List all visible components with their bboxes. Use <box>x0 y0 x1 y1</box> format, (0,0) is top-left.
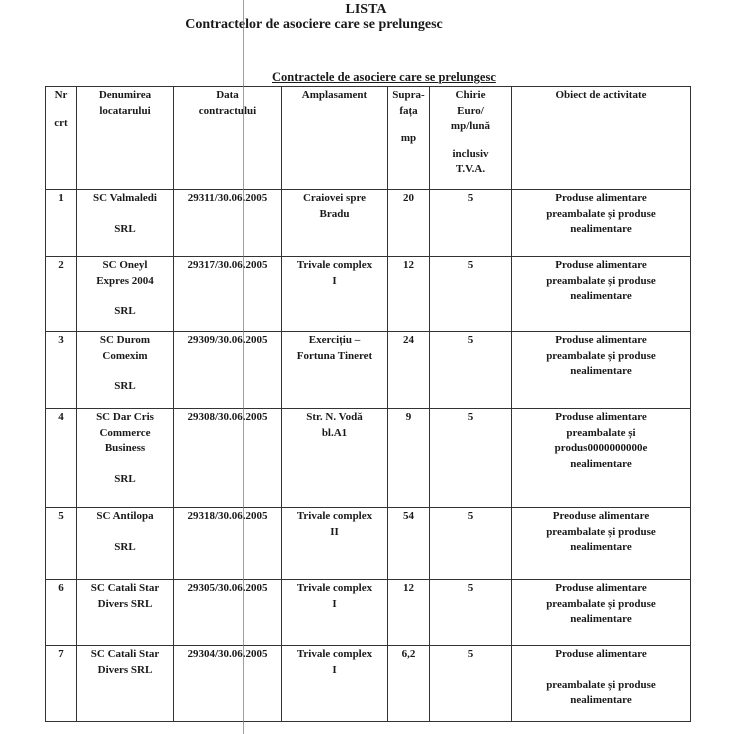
cell-obiect-line: preambalate și produse <box>514 678 688 694</box>
cell-amplasament-line: Craiovei spre <box>284 191 385 207</box>
column-header-chirie: ChirieEuro/mp/lună inclusivT.V.A. <box>430 87 512 190</box>
cell-obiect-line: nealimentare <box>514 540 688 556</box>
cell-suprafata: 12 <box>388 257 430 332</box>
column-header-obiect: Obiect de activitate <box>512 87 691 190</box>
cell-amplasament: Trivale complexI <box>282 646 388 722</box>
cell-denumire-line: Expres 2004 <box>79 274 171 290</box>
cell-amplasament: Craiovei spreBradu <box>282 190 388 257</box>
cell-obiect-line: produs0000000000e <box>514 441 688 457</box>
cell-denumire: SC Dar CrisCommerceBusiness SRL <box>77 409 174 508</box>
cell-obiect-line: Produse alimentare <box>514 333 688 349</box>
cell-denumire-line: SC Antilopa <box>79 509 171 525</box>
header-line: T.V.A. <box>432 162 509 178</box>
cell-denumire-line: SRL <box>79 379 171 395</box>
header-line: inclusiv <box>432 147 509 163</box>
header-line <box>390 119 427 131</box>
cell-denumire-line: Business <box>79 441 171 457</box>
cell-obiect: Produse alimentarepreambalate și produse… <box>512 580 691 646</box>
cell-obiect-line: Preoduse alimentare <box>514 509 688 525</box>
cell-amplasament: Exercițiu –Fortuna Tineret <box>282 332 388 409</box>
cell-data: 29309/30.06.2005 <box>174 332 282 409</box>
cell-amplasament-line: bl.A1 <box>284 426 385 442</box>
cell-obiect: Preoduse alimentarepreambalate și produs… <box>512 508 691 580</box>
cell-obiect-line: preambalate și produse <box>514 274 688 290</box>
column-header-suprafata: Supra-fața mp <box>388 87 430 190</box>
cell-chirie: 5 <box>430 332 512 409</box>
table-header-row: Nr crt Denumirealocatarului Datacontract… <box>46 87 691 190</box>
column-header-amplasament: Amplasament <box>282 87 388 190</box>
cell-amplasament: Trivale complexI <box>282 257 388 332</box>
cell-denumire-line: SC Durom <box>79 333 171 349</box>
cell-denumire-line: SC Dar Cris <box>79 410 171 426</box>
cell-suprafata: 20 <box>388 190 430 257</box>
cell-obiect-line: nealimentare <box>514 612 688 628</box>
cell-amplasament-line: Trivale complex <box>284 647 385 663</box>
cell-denumire-line: SC Catali Star <box>79 647 171 663</box>
header-line: mp/lună <box>432 119 509 135</box>
cell-obiect: Produse alimentarepreambalate șiprodus00… <box>512 409 691 508</box>
cell-chirie: 5 <box>430 580 512 646</box>
cell-obiect-line: preambalate și produse <box>514 525 688 541</box>
cell-nr: 3 <box>46 332 77 409</box>
header-line: crt <box>48 116 74 132</box>
header-line: Denumirea <box>79 88 171 104</box>
cell-denumire-line <box>79 525 171 540</box>
document-title: LISTA <box>0 2 732 18</box>
header-line: Amplasament <box>284 88 385 104</box>
table-row: 1SC Valmaledi SRL29311/30.06.2005Craiove… <box>46 190 691 257</box>
cell-nr: 5 <box>46 508 77 580</box>
cell-chirie: 5 <box>430 190 512 257</box>
cell-obiect-line: nealimentare <box>514 693 688 709</box>
header-line: Chirie <box>432 88 509 104</box>
cell-amplasament-line: Fortuna Tineret <box>284 349 385 365</box>
cell-obiect: Produse alimentarepreambalate și produse… <box>512 190 691 257</box>
cell-denumire-line: SC Oneyl <box>79 258 171 274</box>
cell-denumire-line: Commerce <box>79 426 171 442</box>
cell-denumire-line: SRL <box>79 222 171 238</box>
header-line: Obiect de activitate <box>514 88 688 104</box>
cell-chirie: 5 <box>430 646 512 722</box>
cell-chirie: 5 <box>430 257 512 332</box>
cell-obiect-line: nealimentare <box>514 289 688 305</box>
cell-data: 29305/30.06.2005 <box>174 580 282 646</box>
cell-amplasament-line: Trivale complex <box>284 581 385 597</box>
cell-amplasament-line: Trivale complex <box>284 258 385 274</box>
header-line <box>48 104 74 116</box>
table-row: 7SC Catali StarDivers SRL29304/30.06.200… <box>46 646 691 722</box>
cell-obiect-line: preambalate și produse <box>514 349 688 365</box>
cell-denumire: SC Catali StarDivers SRL <box>77 646 174 722</box>
cell-denumire-line: Comexim <box>79 349 171 365</box>
cell-obiect-line: Produse alimentare <box>514 647 688 663</box>
cell-chirie: 5 <box>430 508 512 580</box>
cell-obiect-line: Produse alimentare <box>514 191 688 207</box>
table-caption: Contractele de asociere care se prelunge… <box>272 70 496 85</box>
cell-denumire-line: Divers SRL <box>79 663 171 679</box>
cell-nr: 4 <box>46 409 77 508</box>
cell-obiect: Produse alimentare preambalate și produs… <box>512 646 691 722</box>
cell-suprafata: 54 <box>388 508 430 580</box>
header-line <box>432 135 509 147</box>
document-subtitle: Contractelor de asociere care se prelung… <box>0 17 732 33</box>
cell-obiect-line <box>514 663 688 678</box>
document-subtitle-text: Contractelor de asociere care se prelung… <box>185 17 443 32</box>
table-body: 1SC Valmaledi SRL29311/30.06.2005Craiove… <box>46 190 691 722</box>
cell-suprafata: 9 <box>388 409 430 508</box>
cell-denumire-line: SRL <box>79 304 171 320</box>
cell-amplasament-line: I <box>284 663 385 679</box>
cell-obiect-line: Produse alimentare <box>514 410 688 426</box>
header-line: contractului <box>176 104 279 120</box>
header-line: Euro/ <box>432 104 509 120</box>
cell-obiect-line: nealimentare <box>514 222 688 238</box>
cell-denumire-line <box>79 207 171 222</box>
cell-amplasament: Trivale complexII <box>282 508 388 580</box>
cell-amplasament: Trivale complexI <box>282 580 388 646</box>
cell-denumire-line: SRL <box>79 540 171 556</box>
cell-obiect-line: preambalate și produse <box>514 207 688 223</box>
header-line: Supra- <box>390 88 427 104</box>
cell-amplasament-line: Exercițiu – <box>284 333 385 349</box>
cell-obiect-line: Produse alimentare <box>514 581 688 597</box>
cell-amplasament-line: I <box>284 274 385 290</box>
cell-suprafata: 12 <box>388 580 430 646</box>
cell-data: 29318/30.06.2005 <box>174 508 282 580</box>
cell-nr: 7 <box>46 646 77 722</box>
cell-obiect: Produse alimentarepreambalate și produse… <box>512 332 691 409</box>
table-row: 5SC Antilopa SRL29318/30.06.2005Trivale … <box>46 508 691 580</box>
cell-suprafata: 24 <box>388 332 430 409</box>
cell-amplasament-line: II <box>284 525 385 541</box>
header-line: fața <box>390 104 427 120</box>
cell-amplasament-line: I <box>284 597 385 613</box>
cell-denumire-line <box>79 457 171 472</box>
cell-obiect-line: preambalate și <box>514 426 688 442</box>
cell-denumire-line: SC Valmaledi <box>79 191 171 207</box>
cell-nr: 1 <box>46 190 77 257</box>
header-line: Data <box>176 88 279 104</box>
cell-denumire-line: SRL <box>79 472 171 488</box>
cell-obiect-line: nealimentare <box>514 457 688 473</box>
column-header-data: Datacontractului <box>174 87 282 190</box>
cell-nr: 6 <box>46 580 77 646</box>
cell-data: 29304/30.06.2005 <box>174 646 282 722</box>
table-row: 2SC OneylExpres 2004 SRL29317/30.06.2005… <box>46 257 691 332</box>
table-row: 4SC Dar CrisCommerceBusiness SRL29308/30… <box>46 409 691 508</box>
cell-obiect: Produse alimentarepreambalate și produse… <box>512 257 691 332</box>
cell-amplasament-line: Str. N. Vodă <box>284 410 385 426</box>
cell-denumire-line: SC Catali Star <box>79 581 171 597</box>
column-header-nr: Nr crt <box>46 87 77 190</box>
cell-denumire: SC OneylExpres 2004 SRL <box>77 257 174 332</box>
cell-denumire: SC Valmaledi SRL <box>77 190 174 257</box>
cell-amplasament-line: Bradu <box>284 207 385 223</box>
contracts-table: Nr crt Denumirealocatarului Datacontract… <box>45 86 691 722</box>
header-line: mp <box>390 131 427 147</box>
table-row: 6SC Catali StarDivers SRL29305/30.06.200… <box>46 580 691 646</box>
scan-artifact-line <box>243 0 244 734</box>
cell-denumire-line: Divers SRL <box>79 597 171 613</box>
header-line: locatarului <box>79 104 171 120</box>
cell-data: 29308/30.06.2005 <box>174 409 282 508</box>
cell-denumire: SC Antilopa SRL <box>77 508 174 580</box>
header-line: Nr <box>48 88 74 104</box>
cell-data: 29317/30.06.2005 <box>174 257 282 332</box>
cell-denumire: SC DuromComexim SRL <box>77 332 174 409</box>
cell-amplasament: Str. N. Vodăbl.A1 <box>282 409 388 508</box>
cell-denumire-line <box>79 289 171 304</box>
column-header-denumire: Denumirealocatarului <box>77 87 174 190</box>
cell-data: 29311/30.06.2005 <box>174 190 282 257</box>
cell-amplasament-line: Trivale complex <box>284 509 385 525</box>
cell-denumire-line <box>79 364 171 379</box>
cell-chirie: 5 <box>430 409 512 508</box>
cell-denumire: SC Catali StarDivers SRL <box>77 580 174 646</box>
table-row: 3SC DuromComexim SRL29309/30.06.2005Exer… <box>46 332 691 409</box>
cell-obiect-line: Produse alimentare <box>514 258 688 274</box>
cell-suprafata: 6,2 <box>388 646 430 722</box>
cell-nr: 2 <box>46 257 77 332</box>
cell-obiect-line: nealimentare <box>514 364 688 380</box>
cell-obiect-line: preambalate și produse <box>514 597 688 613</box>
